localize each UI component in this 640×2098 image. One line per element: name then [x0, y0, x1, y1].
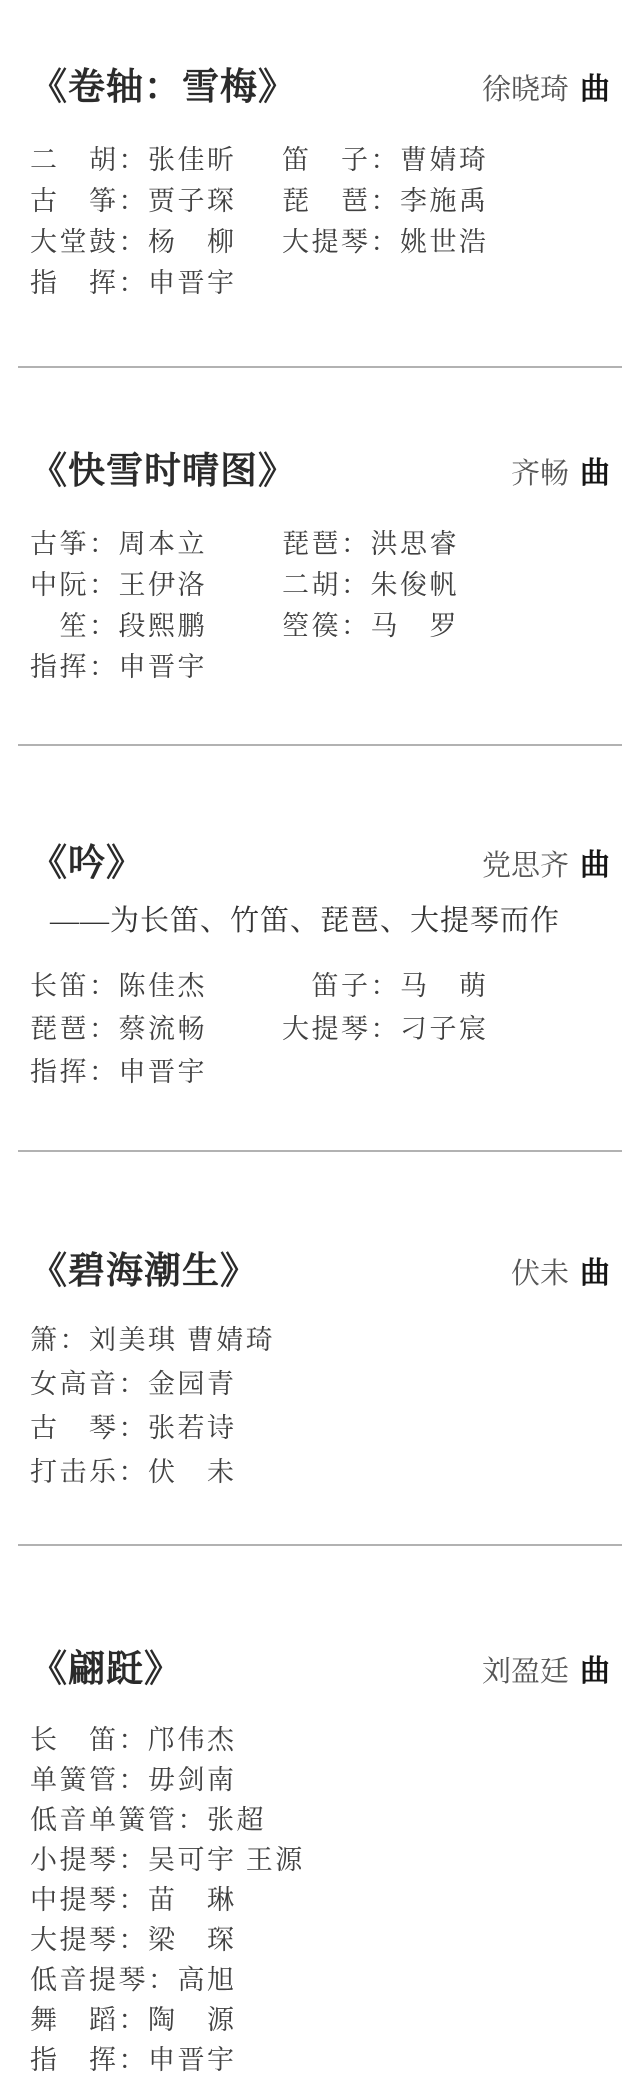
- performer-row: 古 筝：贾子琛琵 琶：李施禹: [30, 181, 610, 222]
- performer-row: 低音单簧管：张超: [30, 1800, 610, 1840]
- performer-row: 指挥：申晋宇: [30, 1051, 610, 1094]
- program-section: 《快雪时晴图》齐畅曲古筝：周本立琵琶：洪思睿中阮：王伊洛二胡：朱俊帆 笙：段熙鹏…: [0, 368, 640, 744]
- performer-rows: 二 胡：张佳昕笛 子：曹婧琦古 筝：贾子琛琵 琶：李施禹大堂鼓：杨 柳大提琴：姚…: [30, 140, 610, 304]
- performer-left: 指挥：申晋宇: [30, 1051, 282, 1094]
- composer: 齐畅曲: [511, 448, 610, 494]
- performer-row: 箫：刘美琪 曹婧琦: [30, 1318, 610, 1362]
- performer-row: 指 挥：申晋宇: [30, 2040, 610, 2080]
- program-section: 《卷轴：雪梅》徐晓琦曲二 胡：张佳昕笛 子：曹婧琦古 筝：贾子琛琵 琶：李施禹大…: [0, 0, 640, 366]
- performer-row: 大提琴：梁 琛: [30, 1920, 610, 1960]
- performer-left: 古 筝：贾子琛: [30, 181, 282, 222]
- performer-row: 打击乐：伏 未: [30, 1450, 610, 1494]
- piece-title: 《卷轴：雪梅》: [30, 56, 296, 110]
- section-header: 《碧海潮生》伏未曲: [30, 1240, 610, 1294]
- piece-title: 《吟》: [30, 832, 144, 886]
- composer: 伏未曲: [511, 1248, 610, 1294]
- composer-suffix: 曲: [580, 849, 610, 882]
- performer-row: 指挥：申晋宇: [30, 647, 610, 688]
- performer-row: 长 笛：邝伟杰: [30, 1720, 610, 1760]
- piece-title: 《快雪时晴图》: [30, 440, 296, 494]
- performer-row: 低音提琴：高旭: [30, 1960, 610, 2000]
- piece-title: 《翩跹》: [30, 1638, 182, 1692]
- program-list: 《卷轴：雪梅》徐晓琦曲二 胡：张佳昕笛 子：曹婧琦古 筝：贾子琛琵 琶：李施禹大…: [0, 0, 640, 2098]
- program-section: 《吟》党思齐曲——为长笛、竹笛、琵琶、大提琴而作长笛：陈佳杰 笛子：马 萌琵琶：…: [0, 746, 640, 1150]
- performer-right: 笛 子：曹婧琦: [282, 140, 610, 181]
- performer-row: 古 琴：张若诗: [30, 1406, 610, 1450]
- piece-subtitle: ——为长笛、竹笛、琵琶、大提琴而作: [50, 898, 610, 939]
- performer-left: 中阮：王伊洛: [30, 565, 282, 606]
- composer-name: 党思齐: [482, 850, 569, 882]
- performer-right: [282, 263, 610, 304]
- composer-name: 伏未: [511, 1258, 569, 1290]
- performer-row: 长笛：陈佳杰 笛子：马 萌: [30, 965, 610, 1008]
- performer-row: 中提琴：苗 琳: [30, 1880, 610, 1920]
- program-section: 《翩跹》刘盈廷曲长 笛：邝伟杰单簧管：毋剑南低音单簧管：张超小提琴：吴可宇 王源…: [0, 1546, 640, 2098]
- performer-right: 笛子：马 萌: [282, 965, 610, 1008]
- performer-row: 二 胡：张佳昕笛 子：曹婧琦: [30, 140, 610, 181]
- performer-row: 小提琴：吴可宇 王源: [30, 1840, 610, 1880]
- performer-row: 舞 蹈：陶 源: [30, 2000, 610, 2040]
- performer-rows: 长 笛：邝伟杰单簧管：毋剑南低音单簧管：张超小提琴：吴可宇 王源中提琴：苗 琳大…: [30, 1720, 610, 2080]
- performer-left: 琵琶：蔡流畅: [30, 1008, 282, 1051]
- performer-left: 指 挥：申晋宇: [30, 263, 282, 304]
- performer-rows: 箫：刘美琪 曹婧琦女高音：金园青古 琴：张若诗打击乐：伏 未: [30, 1318, 610, 1494]
- composer-suffix: 曲: [580, 1655, 610, 1688]
- performer-right: 琵琶：洪思睿: [282, 524, 610, 565]
- performer-rows: 古筝：周本立琵琶：洪思睿中阮：王伊洛二胡：朱俊帆 笙：段熙鹏箜篌：马 罗指挥：申…: [30, 524, 610, 688]
- performer-left: 笙：段熙鹏: [30, 606, 282, 647]
- performer-rows: 长笛：陈佳杰 笛子：马 萌琵琶：蔡流畅大提琴：刁子宸指挥：申晋宇: [30, 965, 610, 1094]
- section-header: 《翩跹》刘盈廷曲: [30, 1638, 610, 1692]
- performer-row: 琵琶：蔡流畅大提琴：刁子宸: [30, 1008, 610, 1051]
- composer-name: 徐晓琦: [482, 74, 569, 106]
- composer: 刘盈廷曲: [482, 1646, 610, 1692]
- performer-right: 箜篌：马 罗: [282, 606, 610, 647]
- performer-left: 二 胡：张佳昕: [30, 140, 282, 181]
- composer-suffix: 曲: [580, 73, 610, 106]
- performer-row: 大堂鼓：杨 柳大提琴：姚世浩: [30, 222, 610, 263]
- composer-suffix: 曲: [580, 457, 610, 490]
- performer-right: [282, 1051, 610, 1094]
- composer-suffix: 曲: [580, 1257, 610, 1290]
- performer-row: 单簧管：毋剑南: [30, 1760, 610, 1800]
- performer-right: 琵 琶：李施禹: [282, 181, 610, 222]
- performer-right: 大提琴：姚世浩: [282, 222, 610, 263]
- performer-row: 女高音：金园青: [30, 1362, 610, 1406]
- performer-left: 大堂鼓：杨 柳: [30, 222, 282, 263]
- performer-left: 古筝：周本立: [30, 524, 282, 565]
- performer-right: 大提琴：刁子宸: [282, 1008, 610, 1051]
- performer-right: [282, 647, 610, 688]
- performer-row: 笙：段熙鹏箜篌：马 罗: [30, 606, 610, 647]
- composer-name: 齐畅: [511, 458, 569, 490]
- performer-right: 二胡：朱俊帆: [282, 565, 610, 606]
- piece-title: 《碧海潮生》: [30, 1240, 258, 1294]
- composer-name: 刘盈廷: [482, 1656, 569, 1688]
- composer: 党思齐曲: [482, 840, 610, 886]
- performer-left: 长笛：陈佳杰: [30, 965, 282, 1008]
- performer-row: 指 挥：申晋宇: [30, 263, 610, 304]
- performer-left: 指挥：申晋宇: [30, 647, 282, 688]
- performer-row: 古筝：周本立琵琶：洪思睿: [30, 524, 610, 565]
- composer: 徐晓琦曲: [482, 64, 610, 110]
- program-section: 《碧海潮生》伏未曲箫：刘美琪 曹婧琦女高音：金园青古 琴：张若诗打击乐：伏 未: [0, 1152, 640, 1544]
- section-header: 《卷轴：雪梅》徐晓琦曲: [30, 56, 610, 110]
- section-header: 《吟》党思齐曲: [30, 832, 610, 886]
- performer-row: 中阮：王伊洛二胡：朱俊帆: [30, 565, 610, 606]
- section-header: 《快雪时晴图》齐畅曲: [30, 440, 610, 494]
